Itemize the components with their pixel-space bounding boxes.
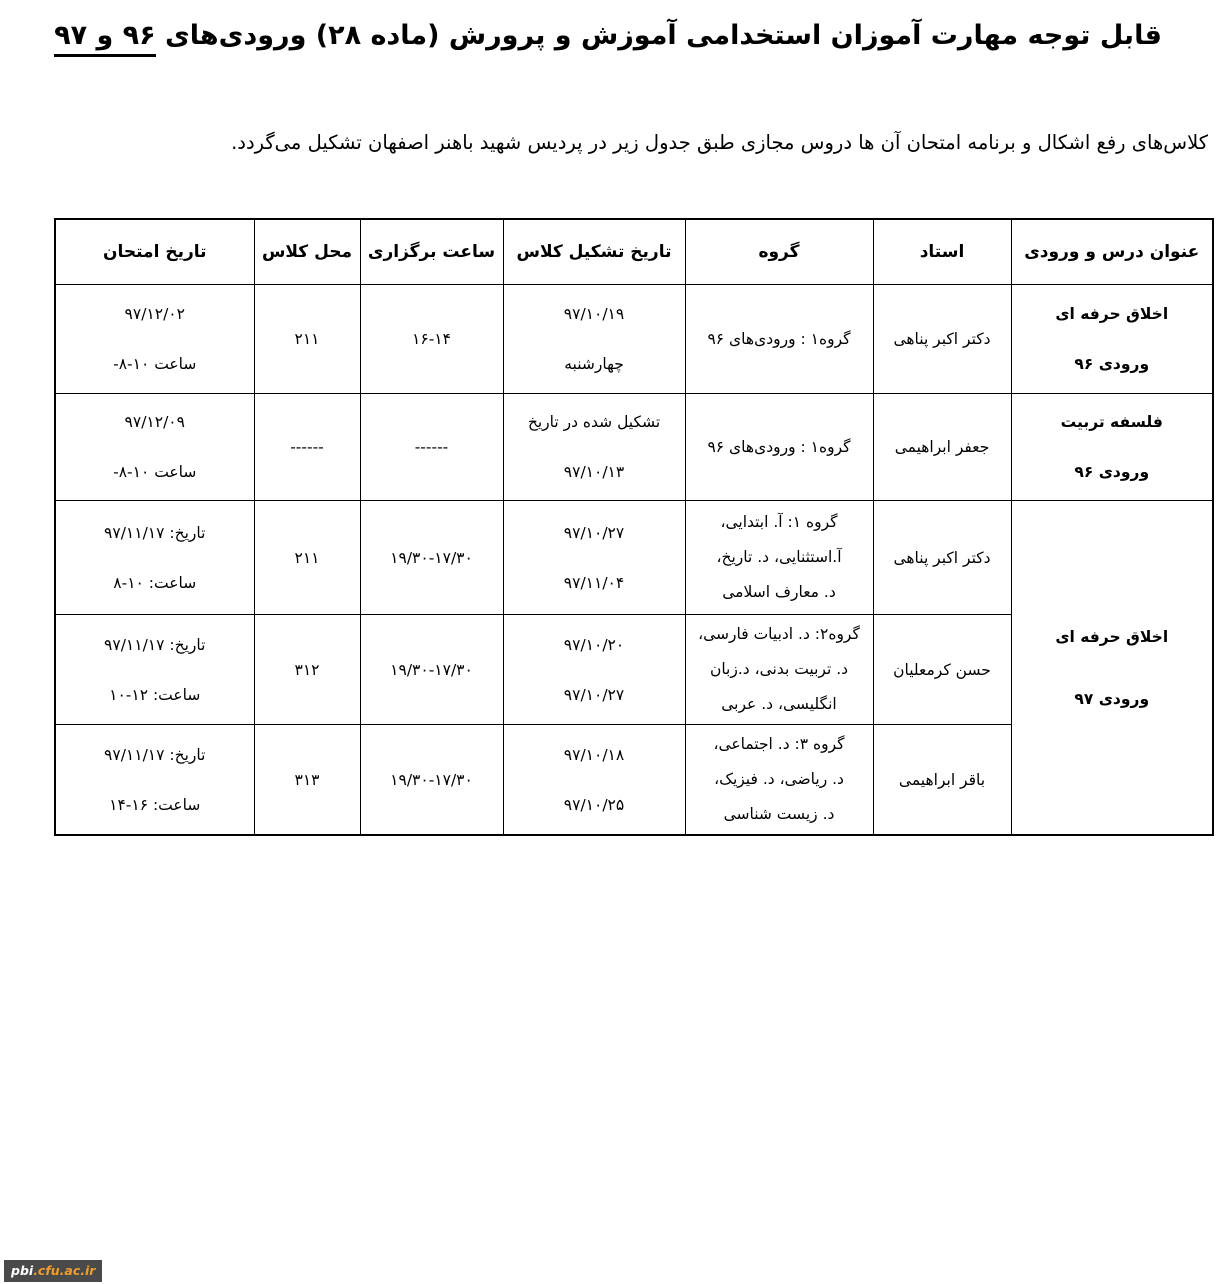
- cell-time: ------: [360, 394, 503, 501]
- cell-instructor: دکتر اکبر پناهی: [873, 285, 1011, 394]
- cell-exam-date: ۹۷/۱۲/۰۹ ساعت ۱۰-۸-: [55, 394, 254, 501]
- cell-class-date: تشکیل شده در تاریخ ۹۷/۱۰/۱۳: [503, 394, 685, 501]
- cell-instructor: حسن کرمعلیان: [873, 615, 1011, 725]
- cell-exam-date: تاریخ: ۹۷/۱۱/۱۷ ساعت: ۱۲-۱۰: [55, 615, 254, 725]
- table-row: اخلاق حرفه ای ورودی ۹۷ دکتر اکبر پناهی گ…: [55, 501, 1213, 615]
- header-group: گروه: [685, 219, 873, 285]
- cell-instructor: جعفر ابراهیمی: [873, 394, 1011, 501]
- cell-time: ۱۹/۳۰-۱۷/۳۰: [360, 501, 503, 615]
- header-exam-date: تاریخ امتحان: [55, 219, 254, 285]
- cell-course-title: اخلاق حرفه ای ورودی ۹۶: [1011, 285, 1213, 394]
- cell-room: ۳۱۲: [254, 615, 360, 725]
- document-title-underlined-years: ۹۶ و ۹۷: [54, 20, 156, 57]
- cell-room: ۲۱۱: [254, 285, 360, 394]
- cell-exam-date: تاریخ: ۹۷/۱۱/۱۷ ساعت: ۱۶-۱۴: [55, 725, 254, 836]
- cell-room: ۲۱۱: [254, 501, 360, 615]
- document-page: قابل توجه مهارت آموزان استخدامی آموزش و …: [0, 0, 1216, 1284]
- cell-time: ۱۹/۳۰-۱۷/۳۰: [360, 615, 503, 725]
- cell-room: ۳۱۳: [254, 725, 360, 836]
- cell-instructor: دکتر اکبر پناهی: [873, 501, 1011, 615]
- cell-class-date: ۹۷/۱۰/۲۰ ۹۷/۱۰/۲۷: [503, 615, 685, 725]
- header-instructor: استاد: [873, 219, 1011, 285]
- cell-group: گروه۱ : ورودی‌های ۹۶: [685, 285, 873, 394]
- cell-group: گروه ۱: آ. ابتدایی، آ.استثنایی، د. تاریخ…: [685, 501, 873, 615]
- cell-class-date: ۹۷/۱۰/۱۹ چهارشنبه: [503, 285, 685, 394]
- header-time: ساعت برگزاری: [360, 219, 503, 285]
- cell-instructor: باقر ابراهیمی: [873, 725, 1011, 836]
- cell-room: ------: [254, 394, 360, 501]
- cell-course-title: فلسفه تربیت ورودی ۹۶: [1011, 394, 1213, 501]
- document-title: قابل توجه مهارت آموزان استخدامی آموزش و …: [0, 20, 1216, 51]
- document-title-text: قابل توجه مهارت آموزان استخدامی آموزش و …: [156, 20, 1162, 51]
- schedule-table: عنوان درس و ورودی استاد گروه تاریخ تشکیل…: [54, 218, 1214, 836]
- cell-class-date: ۹۷/۱۰/۱۸ ۹۷/۱۰/۲۵: [503, 725, 685, 836]
- table-row: فلسفه تربیت ورودی ۹۶ جعفر ابراهیمی گروه۱…: [55, 394, 1213, 501]
- header-room: محل کلاس: [254, 219, 360, 285]
- cell-group: گروه۲: د. ادبیات فارسی، د. تربیت بدنی، د…: [685, 615, 873, 725]
- header-class-date: تاریخ تشکیل کلاس: [503, 219, 685, 285]
- cell-time: ۱۹/۳۰-۱۷/۳۰: [360, 725, 503, 836]
- watermark-domain: .cfu.ac.ir: [33, 1263, 95, 1278]
- cell-course-title-merged: اخلاق حرفه ای ورودی ۹۷: [1011, 501, 1213, 836]
- intro-paragraph: کلاس‌های رفع اشکال و برنامه امتحان آن ها…: [54, 128, 1208, 158]
- table-header-row: عنوان درس و ورودی استاد گروه تاریخ تشکیل…: [55, 219, 1213, 285]
- cell-group: گروه۱ : ورودی‌های ۹۶: [685, 394, 873, 501]
- cell-exam-date: تاریخ: ۹۷/۱۱/۱۷ ساعت: ۱۰-۸: [55, 501, 254, 615]
- cell-class-date: ۹۷/۱۰/۲۷ ۹۷/۱۱/۰۴: [503, 501, 685, 615]
- table-row: اخلاق حرفه ای ورودی ۹۶ دکتر اکبر پناهی گ…: [55, 285, 1213, 394]
- watermark-badge: pbi.cfu.ac.ir: [4, 1260, 102, 1282]
- cell-time: ۱۶-۱۴: [360, 285, 503, 394]
- header-course-title: عنوان درس و ورودی: [1011, 219, 1213, 285]
- watermark-prefix: pbi: [11, 1263, 33, 1278]
- cell-exam-date: ۹۷/۱۲/۰۲ ساعت ۱۰-۸-: [55, 285, 254, 394]
- cell-group: گروه ۳: د. اجتماعی، د. ریاضی، د. فیزیک، …: [685, 725, 873, 836]
